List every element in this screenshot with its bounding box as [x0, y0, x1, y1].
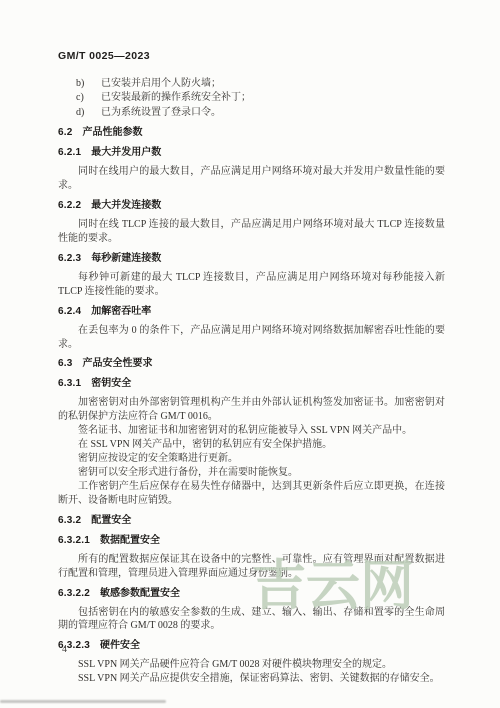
section-heading-6.2.2: 6.2.2最大并发连接数: [58, 199, 445, 213]
heading-title: 数据配置安全: [100, 535, 160, 546]
section-heading-6.3.2: 6.3.2配置安全: [58, 514, 445, 528]
paragraph: 所有的配置数据应保证其在设备中的完整性、可靠性。应有管理界面对配置数据进行配置和…: [58, 553, 445, 581]
paragraph: 在 SSL VPN 网关产品中，密钥的私钥应有安全保护措施。: [58, 438, 445, 452]
heading-title: 硬件安全: [100, 640, 140, 651]
paragraph: 签名证书、加密证书和加密密钥对的私钥应能被导入 SSL VPN 网关产品中。: [58, 424, 445, 438]
section-heading-6.3: 6.3产品安全性要求: [58, 357, 445, 371]
paragraph: 同时在线用户的最大数目，产品应满足用户网络环境对最大并发用户数量性能的要求。: [58, 165, 445, 193]
paragraph: 同时在线 TLCP 连接的最大数目，产品应满足用户网络环境对最大 TLCP 连接…: [58, 218, 445, 246]
paragraph: 密钥应按设定的安全策略进行更新。: [58, 452, 445, 466]
heading-number: 6.2: [58, 127, 73, 138]
heading-number: 6.2.3: [58, 253, 81, 264]
section-heading-6.3.1: 6.3.1密钥安全: [58, 377, 445, 391]
section-heading-6.2.4: 6.2.4加解密吞吐率: [58, 305, 445, 319]
page-number: 4: [62, 644, 67, 655]
section-heading-6.3.2.3: 6.3.2.3硬件安全: [58, 639, 445, 653]
heading-number: 6.3.2.1: [58, 535, 90, 546]
paragraph: 在丢包率为 0 的条件下，产品应满足用户网络环境对网络数据加解密吞吐性能的要求。: [58, 324, 445, 352]
heading-number: 6.2.2: [58, 200, 81, 211]
list-item: c)已安装最新的操作系统安全补丁；: [58, 91, 445, 105]
list-item-label: d): [76, 106, 90, 120]
paragraph: SSL VPN 网关产品应提供安全措施，保证密码算法、密钥、关键数据的存储安全。: [58, 672, 445, 686]
section-heading-6.2: 6.2产品性能参数: [58, 126, 445, 140]
heading-number: 6.3: [58, 358, 73, 369]
paragraph: 每秒钟可新建的最大 TLCP 连接数目，产品应满足用户网络环境对每秒能接入新 T…: [58, 271, 445, 299]
paragraph: 包括密钥在内的敏感安全参数的生成、建立、输入、输出、存储和置零的全生命周期的管理…: [58, 606, 445, 634]
heading-number: 6.2.4: [58, 306, 81, 317]
section-heading-6.3.2.2: 6.3.2.2敏感参数配置安全: [58, 587, 445, 601]
document-content: b)已安装并启用个人防火墙；c)已安装最新的操作系统安全补丁；d)已为系统设置了…: [58, 77, 445, 686]
heading-number: 6.3.1: [58, 378, 81, 389]
list-item: b)已安装并启用个人防火墙；: [58, 77, 445, 91]
heading-title: 配置安全: [91, 515, 131, 526]
section-heading-6.2.1: 6.2.1最大并发用户数: [58, 146, 445, 160]
heading-title: 每秒新建连接数: [91, 253, 161, 264]
paragraph: 加密密钥对由外部密钥管理机构产生并由外部认证机构签发加密证书。加密密钥对的私钥保…: [58, 396, 445, 424]
section-heading-6.2.3: 6.2.3每秒新建连接数: [58, 252, 445, 266]
heading-title: 最大并发用户数: [91, 147, 161, 158]
heading-title: 敏感参数配置安全: [100, 588, 180, 599]
list-item: d)已为系统设置了登录口令。: [58, 106, 445, 120]
heading-title: 产品性能参数: [83, 127, 143, 138]
list-item-text: 已安装最新的操作系统安全补丁；: [101, 91, 445, 105]
section-heading-6.3.2.1: 6.3.2.1数据配置安全: [58, 534, 445, 548]
heading-title: 加解密吞吐率: [91, 306, 151, 317]
document-page: GM/T 0025—2023 b)已安装并启用个人防火墙；c)已安装最新的操作系…: [0, 0, 500, 708]
list-item-text: 已安装并启用个人防火墙；: [101, 77, 445, 91]
heading-number: 6.3.2: [58, 515, 81, 526]
heading-number: 6.3.2.2: [58, 588, 90, 599]
scan-edge-shadow: [0, 700, 166, 703]
list-item-text: 已为系统设置了登录口令。: [101, 106, 445, 120]
standard-number-header: GM/T 0025—2023: [58, 50, 150, 62]
heading-title: 产品安全性要求: [83, 358, 153, 369]
paragraph: 密钥可以安全形式进行备份，并在需要时能恢复。: [58, 466, 445, 480]
list-item-label: c): [76, 91, 90, 105]
heading-number: 6.2.1: [58, 147, 81, 158]
heading-title: 密钥安全: [91, 378, 131, 389]
paragraph: 工作密钥产生后应保存在易失性存储器中，达到其更新条件后应立即更换，在连接断开、设…: [58, 480, 445, 508]
heading-title: 最大并发连接数: [91, 200, 161, 211]
list-item-label: b): [76, 77, 90, 91]
paragraph: SSL VPN 网关产品硬件应符合 GM/T 0028 对硬件模块物理安全的规定…: [58, 658, 445, 672]
